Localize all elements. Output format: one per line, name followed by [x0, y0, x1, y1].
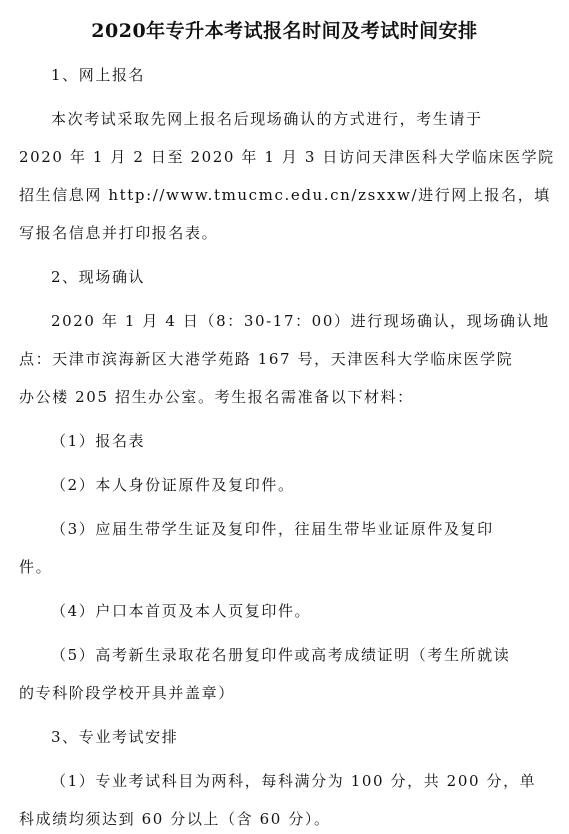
text-line: 2020 年 1 月 4 日（8：30-17：00）进行现场确认，现场确认地 [51, 310, 550, 331]
text-line: 件。 [19, 556, 52, 577]
text-line: （2）本人身份证原件及复印件。 [51, 474, 295, 495]
text-line: （5）高考新生录取花名册复印件或高考成绩证明（考生所就读 [51, 644, 510, 665]
text-line: 2020 年 1 月 2 日至 2020 年 1 月 3 日访问天津医科大学临床… [19, 146, 555, 167]
text-line: 1、网上报名 [51, 64, 145, 85]
text-line: （4）户口本首页及本人页复印件。 [51, 600, 311, 621]
text-line: （1）报名表 [51, 430, 145, 451]
text-line: 3、专业考试安排 [51, 726, 178, 747]
text-line: 点：天津市滨海新区大港学苑路 167 号，天津医科大学临床医学院 [19, 348, 513, 369]
text-line: 2、现场确认 [51, 266, 145, 287]
text-line: 写报名信息并打印报名表。 [19, 222, 218, 243]
text-line: 招生信息网 http://www.tmucmc.edu.cn/zsxxw/进行网… [19, 184, 551, 205]
text-line: （3）应届生带学生证及复印件，往届生带毕业证原件及复印 [51, 518, 494, 539]
text-line: 办公楼 205 招生办公室。考生报名需准备以下材料： [19, 386, 414, 407]
document-title: 2020年专升本考试报名时间及考试时间安排 [0, 16, 569, 43]
text-line: 科成绩均须达到 60 分以上（含 60 分）。 [19, 808, 331, 829]
text-line: 的专科阶段学校开具并盖章） [19, 682, 235, 703]
text-line: （1）专业考试科目为两科，每科满分为 100 分，共 200 分，单 [51, 770, 536, 791]
text-line: 本次考试采取先网上报名后现场确认的方式进行，考生请于 [51, 108, 483, 129]
